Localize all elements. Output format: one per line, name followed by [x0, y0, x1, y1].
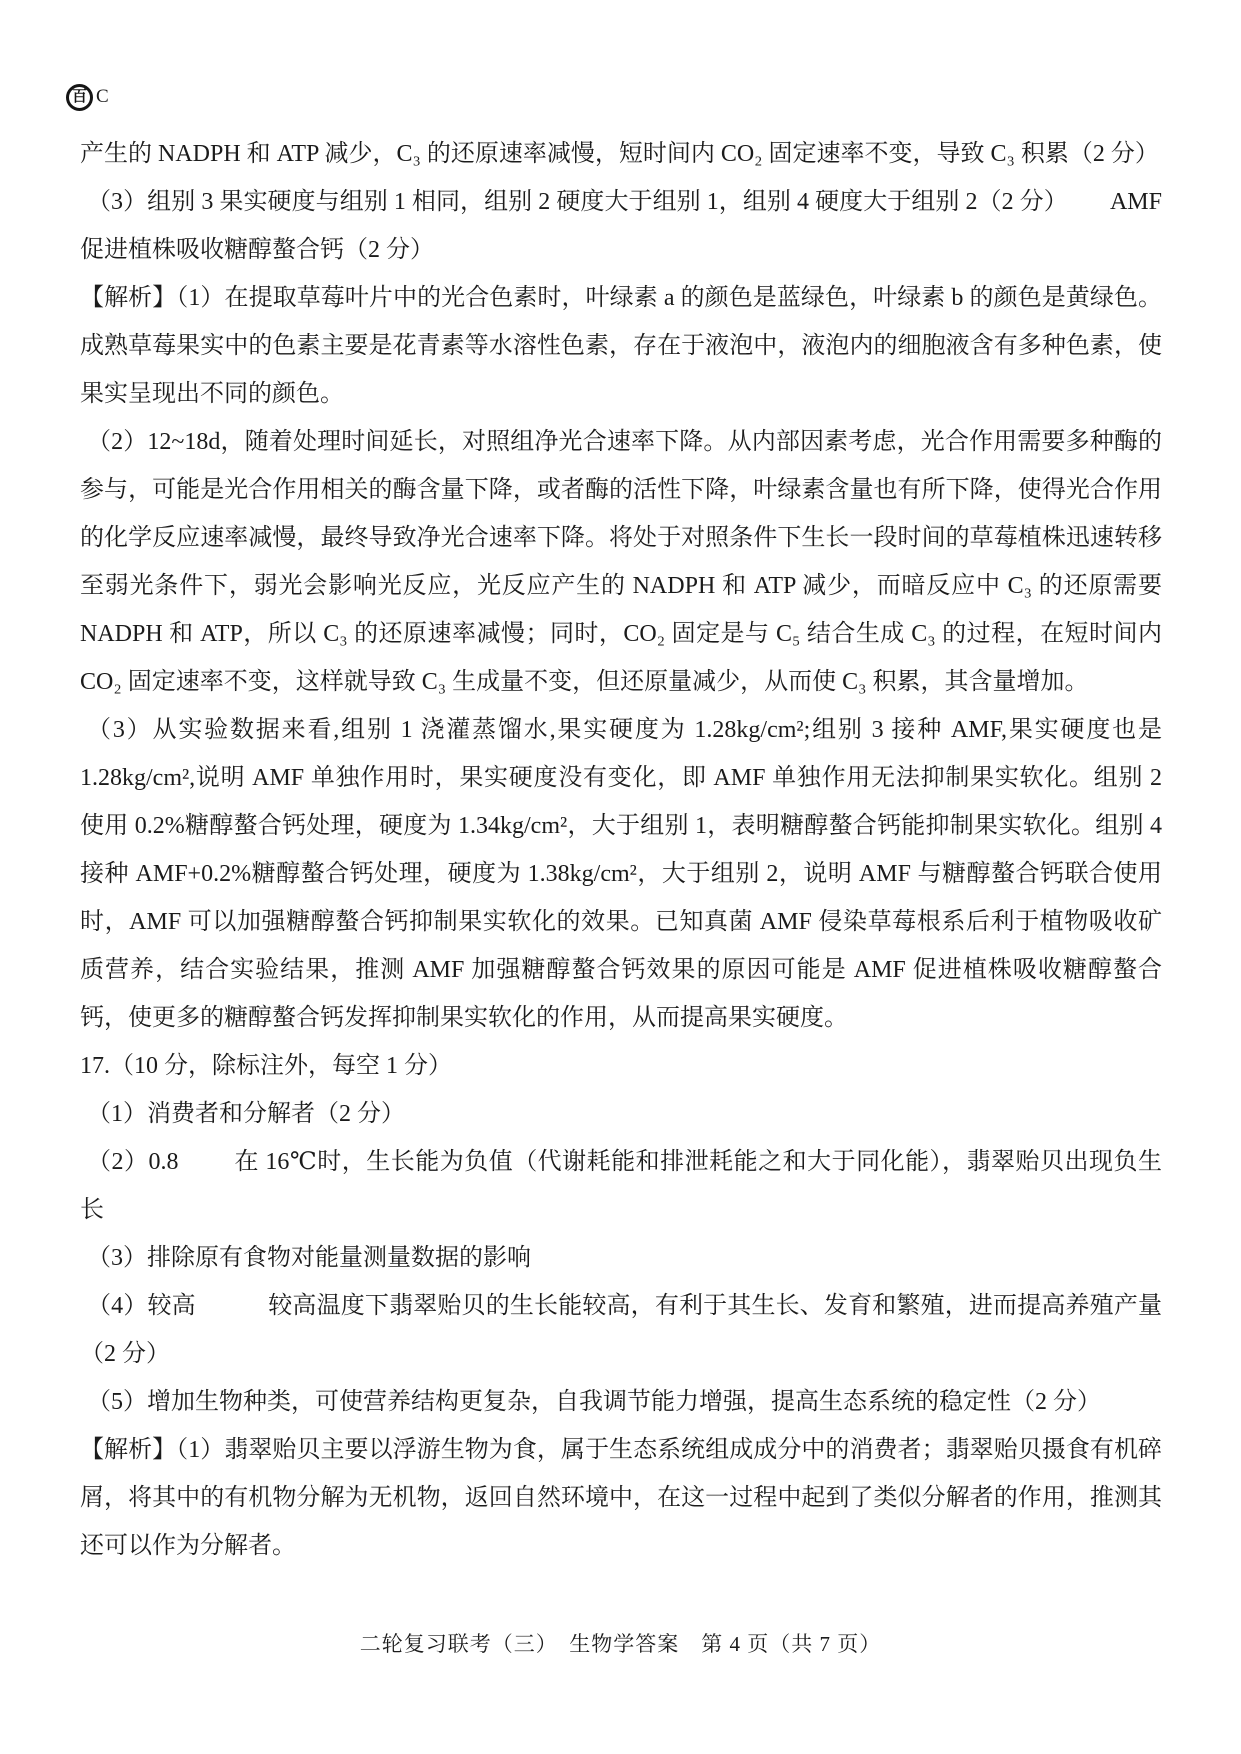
watermark-letter: C: [96, 86, 109, 108]
answer-17-2: （2）0.8 在 16℃时，生长能为负值（代谢耗能和排泄耗能之和大于同化能），翡…: [80, 1138, 1162, 1234]
question-17-header: 17.（10 分，除标注外，每空 1 分）: [80, 1042, 1162, 1090]
page-watermark: 百 C: [66, 82, 109, 112]
analysis-17-para-1: 【解析】（1）翡翠贻贝主要以浮游生物为食，属于生态系统组成成分中的消费者；翡翠贻…: [80, 1426, 1162, 1570]
answer-16-3: （3）组别 3 果实硬度与组别 1 相同，组别 2 硬度大于组别 1，组别 4 …: [80, 178, 1162, 274]
analysis-16-para-2: （2）12~18d，随着处理时间延长，对照组净光合速率下降。从内部因素考虑，光合…: [80, 418, 1162, 706]
analysis-16-para-3: （3）从实验数据来看,组别 1 浇灌蒸馏水,果实硬度为 1.28kg/cm²;组…: [80, 706, 1162, 1042]
answer-17-4: （4）较高 较高温度下翡翠贻贝的生长能较高，有利于其生长、发育和繁殖，进而提高养…: [80, 1282, 1162, 1378]
answer-17-3: （3）排除原有食物对能量测量数据的影响: [80, 1234, 1162, 1282]
answer-16-2-continuation: 产生的 NADPH 和 ATP 减少，C₃ 的还原速率减慢，短时间内 CO₂ 固…: [80, 130, 1162, 178]
document-page: 百 C 产生的 NADPH 和 ATP 减少，C₃ 的还原速率减慢，短时间内 C…: [0, 0, 1241, 1754]
analysis-16-para-1: 【解析】（1）在提取草莓叶片中的光合色素时，叶绿素 a 的颜色是蓝绿色，叶绿素 …: [80, 274, 1162, 418]
circled-bai-icon: 百: [66, 84, 93, 111]
page-footer: 二轮复习联考（三） 生物学答案 第 4 页（共 7 页）: [0, 1628, 1241, 1658]
answer-content: 产生的 NADPH 和 ATP 减少，C₃ 的还原速率减慢，短时间内 CO₂ 固…: [80, 130, 1162, 1570]
answer-17-1: （1）消费者和分解者（2 分）: [80, 1090, 1162, 1138]
answer-17-5: （5）增加生物种类，可使营养结构更复杂，自我调节能力增强，提高生态系统的稳定性（…: [80, 1378, 1162, 1426]
